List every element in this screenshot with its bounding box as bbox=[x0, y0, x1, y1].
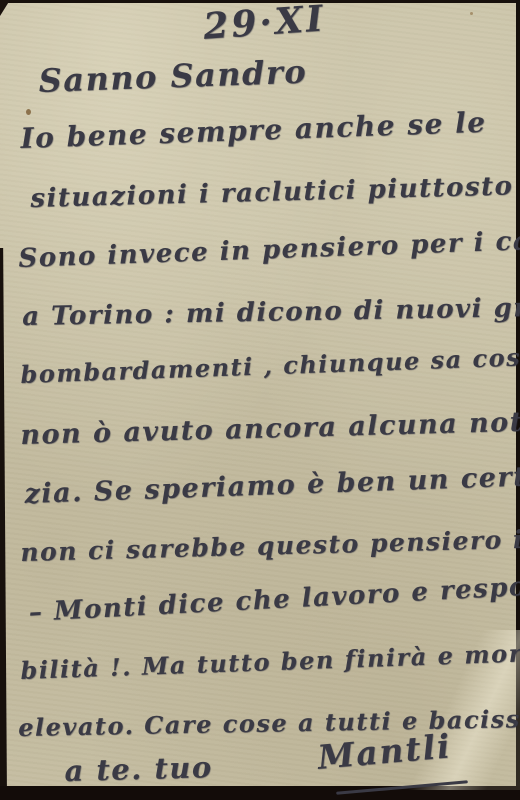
scan-edge-bottom bbox=[0, 786, 520, 800]
letter-salutation: Sanno Sandro bbox=[38, 53, 308, 100]
letter-line: non ò avuto ancora alcuna noti- bbox=[20, 406, 520, 451]
letter-line: a Torino : mi dicono di nuovi gravi bbox=[22, 292, 520, 332]
paper-speck bbox=[470, 12, 473, 15]
letter-line: non ci sarebbe questo pensiero in più bbox=[20, 523, 520, 567]
paper-speck bbox=[26, 109, 31, 115]
letter-line: zia. Se speriamo è ben un certo bbox=[24, 461, 520, 510]
letter-line: – Monti dice che lavoro e responsa bbox=[28, 569, 520, 628]
letter-closing: a te. tuo bbox=[64, 750, 213, 788]
scanned-letter-page: 29·XI Sanno Sandro Io bene sempre anche … bbox=[0, 0, 520, 800]
letter-line: bilità !. Ma tutto ben finirà e morale bbox=[20, 637, 520, 685]
letter-date: 29·XI bbox=[202, 0, 327, 48]
letter-line: bombardamenti , chiunque sa cosa che ! bbox=[20, 339, 520, 389]
scan-edge-left bbox=[0, 248, 7, 800]
letter-line: situazioni i raclutici piuttosto – bbox=[30, 171, 520, 214]
letter-line: Io bene sempre anche se le bbox=[20, 106, 487, 155]
scan-corner-mark bbox=[0, 0, 10, 16]
letter-line: Sono invece in pensiero per i cari bbox=[18, 225, 520, 274]
scan-edge-right bbox=[516, 0, 520, 800]
